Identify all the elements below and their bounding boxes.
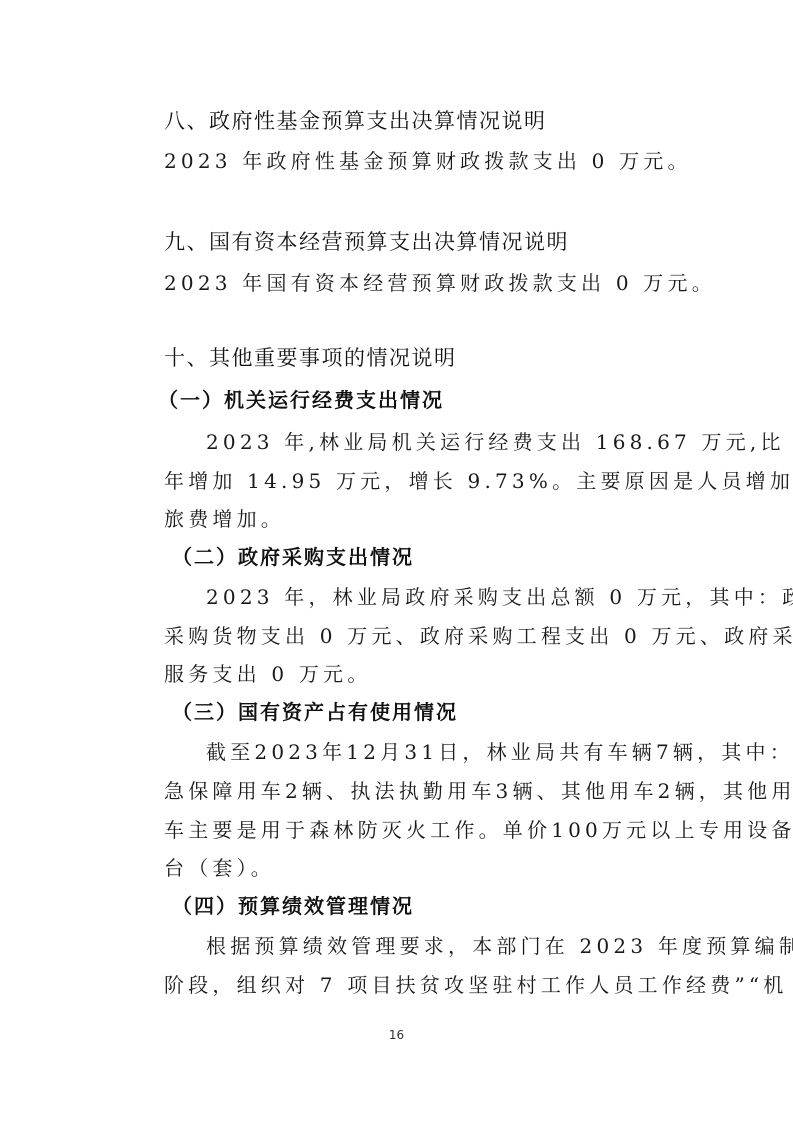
paragraph-line: 急保障用车2辆、执法执勤用车3辆、其他用车2辆，其他用 — [164, 781, 676, 801]
paragraph-line: 根据预算绩效管理要求，本部门在 2023 年度预算编制 — [206, 936, 672, 956]
page-number: 16 — [0, 1028, 793, 1042]
paragraph-line: 台（套）。 — [164, 858, 676, 878]
paragraph-line: 2023 年,林业局机关运行经费支出 168.67 万元,比 2022 — [206, 432, 672, 452]
subsection-heading-2: （二）政府采购支出情况 — [172, 547, 684, 567]
subsection-heading-4: （四）预算绩效管理情况 — [172, 896, 684, 916]
section-heading-10: 十、其他重要事项的情况说明 — [164, 348, 676, 369]
paragraph-line: 旅费增加。 — [164, 509, 676, 529]
subsection-heading-3: （三）国有资产占有使用情况 — [172, 702, 684, 722]
section-body-8: 2023 年政府性基金预算财政拨款支出 0 万元。 — [164, 151, 676, 171]
paragraph-line: 2023 年，林业局政府采购支出总额 0 万元，其中：政府 — [206, 587, 672, 607]
section-heading-9: 九、国有资本经营预算支出决算情况说明 — [164, 232, 676, 253]
paragraph-line: 车主要是用于森林防灭火工作。单价100万元以上专用设备0 — [164, 820, 676, 840]
paragraph-line: 年增加 14.95 万元，增长 9.73%。主要原因是人员增加，差 — [164, 471, 676, 491]
section-heading-8: 八、政府性基金预算支出决算情况说明 — [164, 111, 676, 132]
paragraph-line: 采购货物支出 0 万元、政府采购工程支出 0 万元、政府采购 — [164, 626, 676, 646]
section-body-9: 2023 年国有资本经营预算财政拨款支出 0 万元。 — [164, 273, 676, 293]
subsection-heading-1: （一）机关运行经费支出情况 — [158, 390, 670, 410]
paragraph-line: 截至2023年12月31日，林业局共有车辆7辆，其中：应 — [206, 742, 672, 762]
paragraph-line: 服务支出 0 万元。 — [164, 664, 676, 684]
paragraph-line: 阶段，组织对 7 项目扶贫攻坚驻村工作人员工作经费”“机 — [164, 975, 676, 995]
